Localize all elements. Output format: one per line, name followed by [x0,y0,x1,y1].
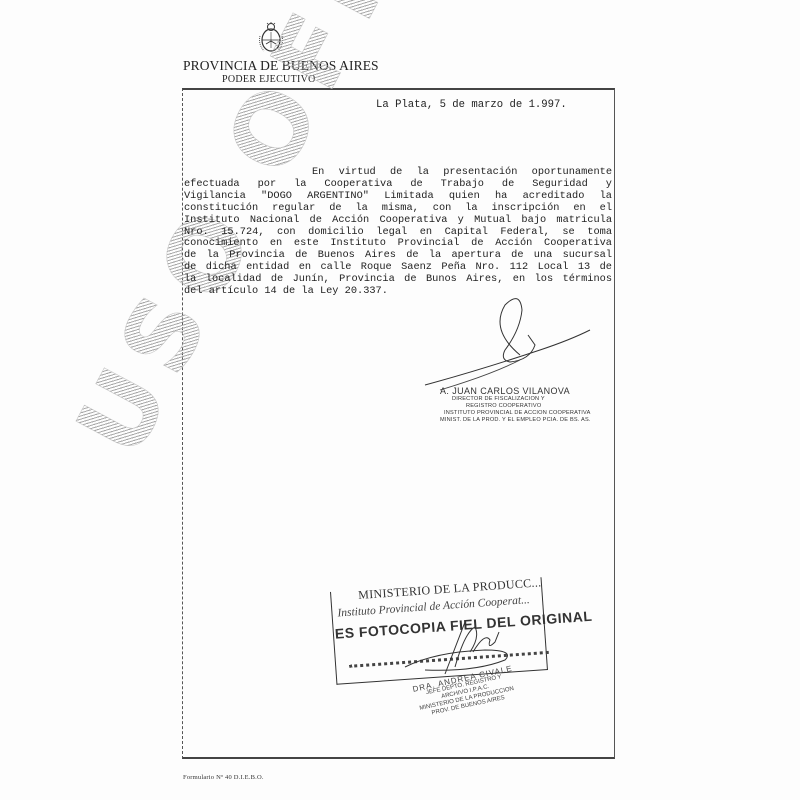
document-page: PROVINCIA DE BUENOS AIRES PODER EJECUTIV… [0,0,800,800]
director-signature [420,290,600,400]
place-date: La Plata, 5 de marzo de 1.997. [376,99,567,111]
certifier-signature [395,612,535,682]
body-line: Instituto Nacional de Acción Cooperativa… [184,215,612,227]
director-title-line: REGISTRO COOPERATIVO [440,403,591,410]
director-title-line: MINIST. DE LA PROD. Y EL EMPLEO PCIA. DE… [440,417,591,424]
director-signature-block: A. JUAN CARLOS VILANOVA DIRECTOR DE FISC… [440,386,591,424]
director-title-line: INSTITUTO PROVINCIAL DE ACCION COOPERATI… [440,410,591,417]
letter-body: En virtud de la presentación oportunamen… [184,167,612,298]
body-line: constitución regular de la misma, con la… [184,203,612,215]
body-line: Vigilancia "DOGO ARGENTINO" Limitada qui… [184,191,612,203]
form-number: Formulario Nº 40 D.I.E.B.O. [183,774,264,781]
director-name: A. JUAN CARLOS VILANOVA [440,386,591,396]
director-title-line: DIRECTOR DE FISCALIZACION Y [440,396,591,403]
